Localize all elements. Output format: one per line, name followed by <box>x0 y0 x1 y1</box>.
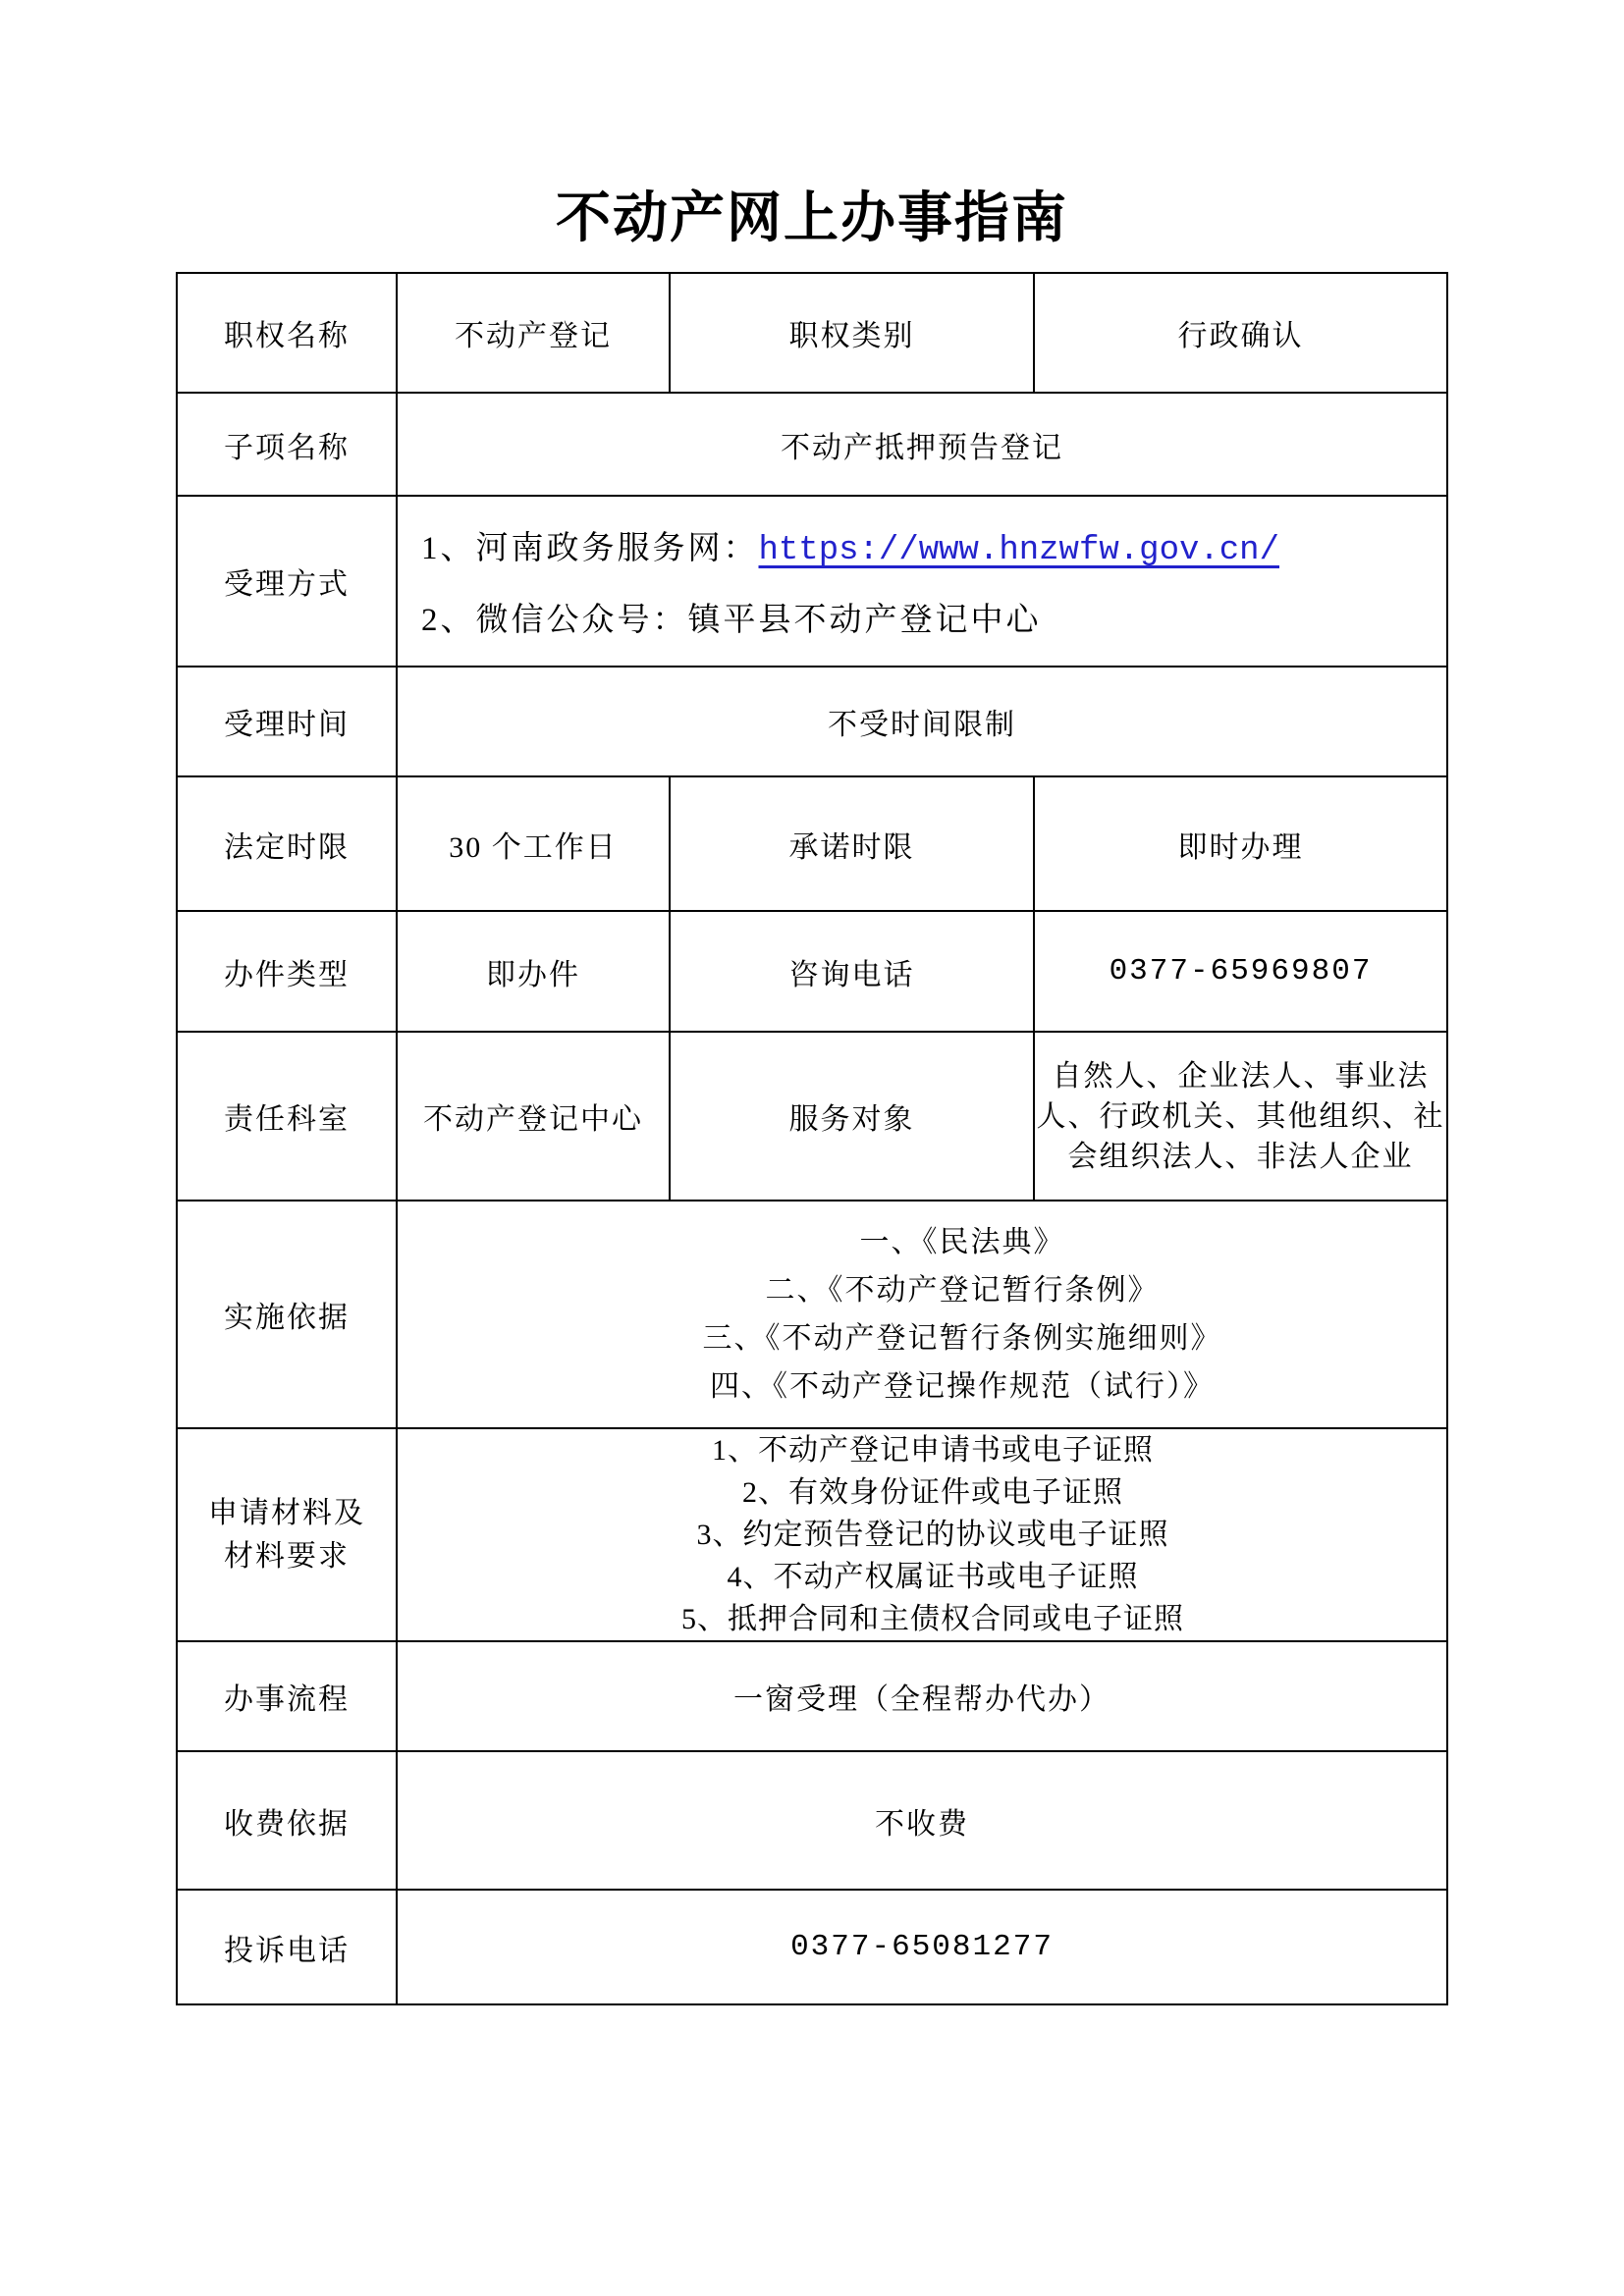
row-label-acceptance-time: 受理时间 <box>177 667 397 776</box>
row-label-responsible-office: 责任科室 <box>177 1032 397 1201</box>
row-label-application-materials: 申请材料及 材料要求 <box>177 1428 397 1641</box>
cell-service-target-value: 自然人、企业法人、事业法人、行政机关、其他组织、社会组织法人、非法人企业 <box>1034 1032 1447 1201</box>
table-row-application-materials: 申请材料及 材料要求 1、不动产登记申请书或电子证照 2、有效身份证件或电子证照… <box>177 1428 1447 1641</box>
acceptance-method-item-1: 1、河南政务服务网：https://www.hnzwfw.gov.cn/ <box>421 522 1279 569</box>
implementation-basis-item: 四、《不动产登记操作规范（试行）》 <box>478 1362 1446 1411</box>
table-row-fee-basis: 收费依据 不收费 <box>177 1751 1447 1890</box>
application-material-item: 3、约定预告登记的协议或电子证照 <box>419 1514 1446 1556</box>
guide-table: 职权名称 不动产登记 职权类别 行政确认 子项名称 不动产抵押预告登记 受理方式… <box>176 272 1448 2005</box>
application-materials-list: 1、不动产登记申请书或电子证照 2、有效身份证件或电子证照 3、约定预告登记的协… <box>398 1429 1446 1640</box>
cell-implementation-basis-value: 一、《民法典》 二、《不动产登记暂行条例》 三、《不动产登记暂行条例实施细则》 … <box>397 1201 1447 1428</box>
implementation-basis-item: 三、《不动产登记暂行条例实施细则》 <box>478 1314 1446 1362</box>
row-label-complaint-phone: 投诉电话 <box>177 1890 397 2004</box>
implementation-basis-item: 二、《不动产登记暂行条例》 <box>478 1266 1446 1314</box>
application-material-item: 5、抵押合同和主债权合同或电子证照 <box>419 1598 1446 1640</box>
cell-authority-type-value: 行政确认 <box>1034 273 1447 393</box>
application-material-item: 2、有效身份证件或电子证照 <box>419 1471 1446 1514</box>
row-label-implementation-basis: 实施依据 <box>177 1201 397 1428</box>
row-label-processing-type: 办件类型 <box>177 911 397 1032</box>
cell-inquiry-phone-value: 0377-65969807 <box>1034 911 1447 1032</box>
row-label-fee-basis: 收费依据 <box>177 1751 397 1890</box>
table-row-acceptance-method: 受理方式 1、河南政务服务网：https://www.hnzwfw.gov.cn… <box>177 496 1447 667</box>
cell-complaint-phone-value: 0377-65081277 <box>397 1890 1447 2004</box>
row-label-authority-name: 职权名称 <box>177 273 397 393</box>
table-row-responsible-office: 责任科室 不动产登记中心 服务对象 自然人、企业法人、事业法人、行政机关、其他组… <box>177 1032 1447 1201</box>
table-row-authority-name: 职权名称 不动产登记 职权类别 行政确认 <box>177 273 1447 393</box>
cell-processing-type-value: 即办件 <box>397 911 670 1032</box>
application-material-item: 4、不动产权属证书或电子证照 <box>419 1556 1446 1598</box>
acceptance-method-list: 1、河南政务服务网：https://www.hnzwfw.gov.cn/ 2、微… <box>398 499 1446 664</box>
page-title: 不动产网上办事指南 <box>0 175 1624 253</box>
table-row-complaint-phone: 投诉电话 0377-65081277 <box>177 1890 1447 2004</box>
table-row-implementation-basis: 实施依据 一、《民法典》 二、《不动产登记暂行条例》 三、《不动产登记暂行条例实… <box>177 1201 1447 1428</box>
row-label-promised-limit: 承诺时限 <box>670 776 1034 911</box>
table-row-acceptance-time: 受理时间 不受时间限制 <box>177 667 1447 776</box>
hnzwfw-website-link[interactable]: https://www.hnzwfw.gov.cn/ <box>759 532 1280 569</box>
application-materials-label-line-1: 申请材料及 <box>178 1492 396 1535</box>
cell-service-process-value: 一窗受理（全程帮办代办） <box>397 1641 1447 1751</box>
cell-fee-basis-value: 不收费 <box>397 1751 1447 1890</box>
acceptance-method-item-2: 2、微信公众号：镇平县不动产登记中心 <box>421 594 1042 640</box>
row-label-inquiry-phone: 咨询电话 <box>670 911 1034 1032</box>
cell-promised-limit-value: 即时办理 <box>1034 776 1447 911</box>
row-label-service-process: 办事流程 <box>177 1641 397 1751</box>
row-label-authority-type: 职权类别 <box>670 273 1034 393</box>
document-page: 不动产网上办事指南 职权名称 不动产登记 职权类别 行政确认 子项名称 不动产抵… <box>0 0 1624 2296</box>
application-material-item: 1、不动产登记申请书或电子证照 <box>419 1429 1446 1471</box>
cell-acceptance-method-value: 1、河南政务服务网：https://www.hnzwfw.gov.cn/ 2、微… <box>397 496 1447 667</box>
cell-statutory-limit-value: 30 个工作日 <box>397 776 670 911</box>
row-label-subitem-name: 子项名称 <box>177 393 397 496</box>
table-row-processing-type: 办件类型 即办件 咨询电话 0377-65969807 <box>177 911 1447 1032</box>
cell-application-materials-value: 1、不动产登记申请书或电子证照 2、有效身份证件或电子证照 3、约定预告登记的协… <box>397 1428 1447 1641</box>
implementation-basis-item: 一、《民法典》 <box>478 1218 1446 1266</box>
implementation-basis-list: 一、《民法典》 二、《不动产登记暂行条例》 三、《不动产登记暂行条例实施细则》 … <box>398 1218 1446 1411</box>
application-materials-label-line-2: 材料要求 <box>178 1535 396 1578</box>
cell-acceptance-time-value: 不受时间限制 <box>397 667 1447 776</box>
table-row-service-process: 办事流程 一窗受理（全程帮办代办） <box>177 1641 1447 1751</box>
table-row-statutory-limit: 法定时限 30 个工作日 承诺时限 即时办理 <box>177 776 1447 911</box>
row-label-statutory-limit: 法定时限 <box>177 776 397 911</box>
table-row-subitem-name: 子项名称 不动产抵押预告登记 <box>177 393 1447 496</box>
cell-authority-name-value: 不动产登记 <box>397 273 670 393</box>
cell-subitem-name-value: 不动产抵押预告登记 <box>397 393 1447 496</box>
acceptance-method-item-1-text: 1、河南政务服务网： <box>421 531 759 566</box>
cell-responsible-office-value: 不动产登记中心 <box>397 1032 670 1201</box>
row-label-acceptance-method: 受理方式 <box>177 496 397 667</box>
row-label-service-target: 服务对象 <box>670 1032 1034 1201</box>
